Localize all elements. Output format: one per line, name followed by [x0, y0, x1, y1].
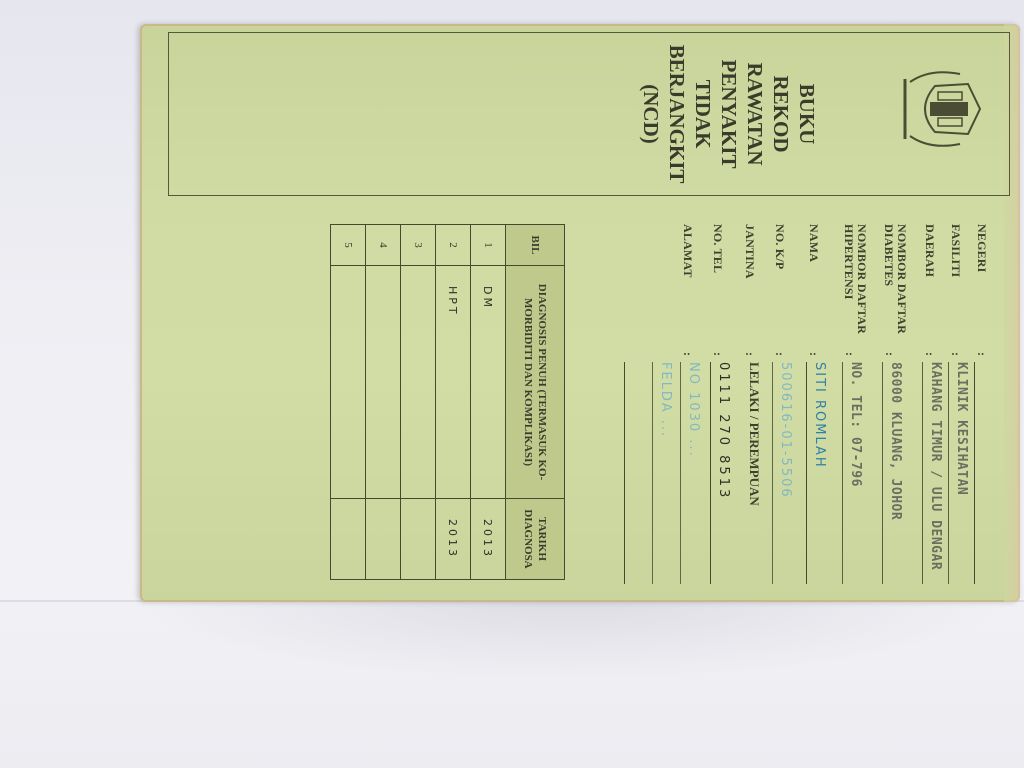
- date-cell: [366, 499, 400, 579]
- field-label: ALAMAT: [680, 224, 695, 352]
- row-number: 3: [401, 225, 435, 266]
- field-label: NOMBOR DAFTAR HIPERTENSI: [842, 224, 868, 352]
- ic-number: 500616-01-5506: [772, 362, 793, 584]
- address-line-1: NO 1030 ...: [680, 362, 701, 584]
- field-jantina: JANTINA: LELAKI / PEREMPUAN: [742, 224, 772, 584]
- clinic-stamp-line-4: NO. TEL: 07-796: [842, 362, 863, 584]
- title-line-3: BERJANGKIT: [664, 44, 690, 184]
- clinic-stamp-line-1: KLINIK KESIHATAN: [948, 362, 969, 584]
- field-nombor-daftar-hipertensi: NOMBOR DAFTAR HIPERTENSI: NO. TEL: 07-79…: [842, 224, 882, 584]
- address-line-3: [624, 362, 645, 584]
- clinic-stamp-line-2: KAHANG TIMUR / ULU DENGAR: [922, 362, 943, 584]
- header-diagnosis: DIAGNOSIS PENUH (TERMASUK KO-MORBIDITI D…: [506, 266, 564, 499]
- title-line-4: (NCD): [638, 44, 664, 184]
- row-number: 1: [471, 225, 505, 266]
- diagnosis-table: BIL DIAGNOSIS PENUH (TERMASUK KO-MORBIDI…: [330, 224, 565, 580]
- table-row: 5: [331, 225, 365, 579]
- table-header: BIL DIAGNOSIS PENUH (TERMASUK KO-MORBIDI…: [505, 225, 564, 579]
- title-line-2: PENYAKIT TIDAK: [690, 44, 742, 184]
- field-alamat-cont2: [624, 224, 652, 584]
- date-cell: [401, 499, 435, 579]
- diagnosis-cell: [331, 266, 365, 499]
- table-row: 3: [400, 225, 435, 579]
- field-label: NAMA: [806, 224, 821, 352]
- table-row: 1 DM 2013: [470, 225, 505, 579]
- ncd-record-card: BUKU REKOD RAWATAN PENYAKIT TIDAK BERJAN…: [140, 24, 1020, 602]
- field-label: NOMBOR DAFTAR DIABETES: [882, 224, 908, 352]
- diagnosis-cell: HPT: [436, 266, 470, 499]
- field-nombor-daftar-diabetes: NOMBOR DAFTAR DIABETES: 86000 KLUANG, JO…: [882, 224, 922, 584]
- gender-options: LELAKI / PEREMPUAN: [742, 362, 762, 584]
- row-number: 2: [436, 225, 470, 266]
- diagnosis-cell: DM: [471, 266, 505, 499]
- table-row: 4: [365, 225, 400, 579]
- field-negeri: NEGERI:: [974, 224, 1000, 584]
- field-fasiliti: FASILITI: KLINIK KESIHATAN: [948, 224, 974, 584]
- field-label: FASILITI: [948, 224, 963, 352]
- field-label: NO. K/P: [772, 224, 787, 352]
- field-alamat-cont: FELDA ...: [652, 224, 680, 584]
- title-line-1: BUKU REKOD RAWATAN: [742, 44, 820, 184]
- header-date: TARIKH DIAGNOSA: [506, 499, 564, 579]
- clinic-stamp-line-3: 86000 KLUANG, JOHOR: [882, 362, 903, 584]
- record-booklet-photo: BUKU REKOD RAWATAN PENYAKIT TIDAK BERJAN…: [140, 24, 1020, 602]
- field-label: JANTINA: [742, 224, 757, 352]
- field-value: [974, 362, 995, 584]
- date-cell: 2013: [436, 499, 470, 579]
- field-nama: NAMA: SITI ROMLAH: [806, 224, 842, 584]
- header-frame: [168, 32, 1010, 196]
- phone-number: 0111 270 8513: [710, 362, 731, 584]
- field-label: NEGERI: [974, 224, 989, 352]
- field-label: DAERAH: [922, 224, 937, 352]
- row-number: 4: [366, 225, 400, 266]
- field-no-tel: NO. TEL: 0111 270 8513: [710, 224, 742, 584]
- malaysia-coat-of-arms-icon: [895, 64, 990, 154]
- field-no-kp: NO. K/P: 500616-01-5506: [772, 224, 806, 584]
- field-daerah: DAERAH: KAHANG TIMUR / ULU DENGAR: [922, 224, 948, 584]
- field-label: NO. TEL: [710, 224, 725, 352]
- address-line-2: FELDA ...: [652, 362, 673, 584]
- patient-name: SITI ROMLAH: [806, 362, 827, 584]
- table-row: 2 HPT 2013: [435, 225, 470, 579]
- row-number: 5: [331, 225, 365, 266]
- document-title: BUKU REKOD RAWATAN PENYAKIT TIDAK BERJAN…: [638, 44, 820, 184]
- patient-fields: NEGERI: FASILITI: KLINIK KESIHATAN DAERA…: [624, 224, 1000, 584]
- header-bil: BIL: [506, 225, 564, 266]
- date-cell: [331, 499, 365, 579]
- date-cell: 2013: [471, 499, 505, 579]
- field-alamat: ALAMAT: NO 1030 ...: [680, 224, 710, 584]
- diagnosis-cell: [366, 266, 400, 499]
- diagnosis-cell: [401, 266, 435, 499]
